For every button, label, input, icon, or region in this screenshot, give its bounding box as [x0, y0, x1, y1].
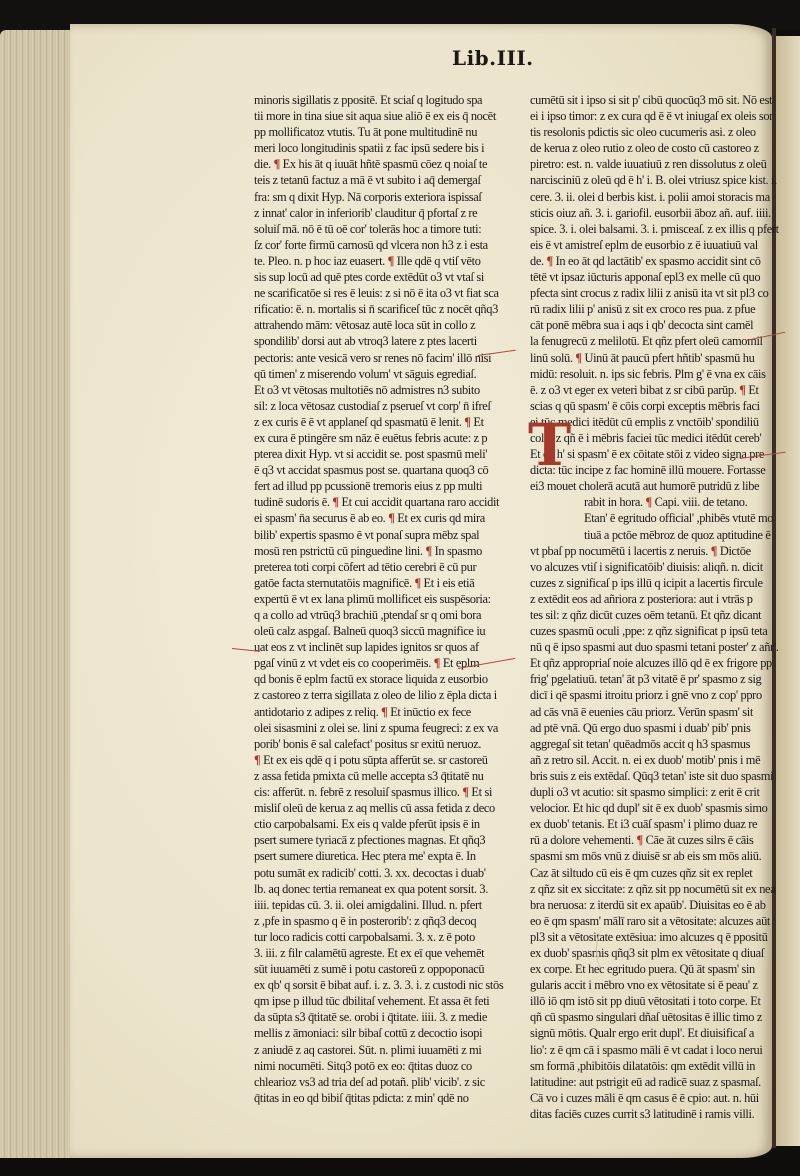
text-line: la fenugrecū z melilotū. Et qñz pfert ol… [530, 333, 788, 349]
running-head: Lib.III. [452, 46, 534, 70]
text-line: pl3 sit a vētositate extēsiua: imo alcuz… [530, 929, 788, 945]
text-line: ne scarificatōe si res ē leuis: z si nō … [254, 285, 510, 301]
text-line: Et o3 vt vētosas multotiēs nō admistres … [254, 382, 510, 398]
text-line: ē q3 vt accidat spasmus post se. quartan… [254, 462, 510, 478]
text-line: qd bonis ē eplm factū ex storace liquida… [254, 671, 510, 687]
text-line: ad cās vnā ē euenies cāu priorz. Verūn s… [530, 704, 788, 720]
text-line: dicī i qē spasmi itroitu priorz i gnē vn… [530, 687, 788, 703]
text-line: aggregaſ sit tetan' quēadmōs accit q h3 … [530, 736, 788, 752]
text-line: rū a dolore vehementi. ¶ Cāe āt cuzes si… [530, 832, 788, 848]
text-line: lio': z ē qm cā i spasmo māli ē vt cadat… [530, 1042, 788, 1058]
rubric-paragraph-mark: ¶ [414, 576, 420, 590]
text-line: sūt iuuamēti z sumē i potu castoreū z op… [254, 961, 510, 977]
text-line: ei spasm' n̄a securus ē ab eo. ¶ Et ex c… [254, 510, 510, 526]
text-line: gatōe facta sternutatōis magnificē. ¶ Et… [254, 575, 510, 591]
text-line: chlearioz vs3 ad tria deſ ad potañ. plib… [254, 1074, 510, 1090]
rubric-paragraph-mark: ¶ [388, 511, 394, 525]
text-line: qm ipse p illud tūc dbilitaſ vehement. E… [254, 993, 510, 1009]
rubric-paragraph-mark: ¶ [388, 254, 394, 268]
text-line: cere. 3. ii. olei d berbis kist. i. poli… [530, 189, 788, 205]
text-line: qñ cū spasmo singulari dñaſ uētositas ē … [530, 1009, 788, 1025]
rubric-paragraph-mark: ¶ [254, 753, 260, 767]
text-line: frig' pgelatiuū. tetan' āt p3 vitatē ē p… [530, 671, 788, 687]
rubricated-drop-cap: T [528, 414, 580, 476]
text-line: preterea toti corpi cōfert ad tētio cere… [254, 559, 510, 575]
text-line: misliſ oleū de kerua z aq mellis cū assa… [254, 800, 510, 816]
text-line: porib' bonis ē sal calefact' positus sr … [254, 736, 510, 752]
text-line: da sūpta s3 q̄titatē se. orobi i q̄titat… [254, 1009, 510, 1025]
text-line: illō iō qm istō sit pp diuū vētositati i… [530, 993, 788, 1009]
text-line: pp mollificatoz vtutis. Tu āt pone multi… [254, 124, 510, 140]
text-line: rabit in hora. ¶ Capi. viii. de tetano. [530, 494, 788, 510]
text-line: iiii. tepidas cū. 3. ii. olei amigdalini… [254, 897, 510, 913]
text-line: de. ¶ In eo āt qd lactātib' ex spasmo ac… [530, 253, 788, 269]
text-line: ſz cor' forte firmū carnosū qd vlcera no… [254, 237, 510, 253]
text-line: bris suis z eis extēdaſ. Qūq3 tetan' ist… [530, 768, 788, 784]
text-line: ¶ Et ex eis qdē q i potu sūpta afferūt s… [254, 752, 510, 768]
text-line: z assa fetida pmixta cū melle accepta s3… [254, 768, 510, 784]
text-line: sticis oiuz añ. 3. i. gariofil. eusorbii… [530, 205, 788, 221]
text-line: Et qñz appropriaſ noie alcuzes illō qd ē… [530, 655, 788, 671]
right-text-column: cumētū sit i ipso si sit p' cibū quocūq3… [530, 92, 788, 1122]
text-line: tur loco radicis cotti carpobalsami. 3. … [254, 929, 510, 945]
text-line: tes sil: z qñz dicūt cuzes oēm tetanū. E… [530, 607, 788, 623]
text-line: piretro: est. n. valde iuuatiuū z ren di… [530, 156, 788, 172]
text-line: Cā vo i cuzes māli ē qm casus ē ē cpio: … [530, 1090, 788, 1106]
text-line: ad ptē vnā. Qū ergo duo spasmi i duab' p… [530, 720, 788, 736]
text-line: z ,pfe in spasmo q ē in posterorib': z q… [254, 913, 510, 929]
text-line: pectoris: ante vesicā vero sr renes nō f… [254, 350, 510, 366]
rubric-paragraph-mark: ¶ [575, 351, 581, 365]
text-line: añ z retro sil. Accit. n. ei ex duob' mo… [530, 752, 788, 768]
text-line: uat eos z vt inclinēt sup lapides ignito… [254, 639, 510, 655]
text-line: linū solū. ¶ Uinū āt paucū pfert hñtib' … [530, 350, 788, 366]
text-line: die. ¶ Ex his āt q iuuāt hñtē spasmū cōe… [254, 156, 510, 172]
text-line: ei3 mouet cholerā acutā aut humorē putri… [530, 478, 788, 494]
text-line: vt pbaſ pp nocumētū i lacertis z neruis.… [530, 543, 788, 559]
text-line: soluiſ mā. nō ē tū oē cor' tolerās hoc a… [254, 221, 510, 237]
rubric-paragraph-mark: ¶ [646, 495, 652, 509]
text-line: rificatio: ē. n. mortalis si n̄ scarific… [254, 301, 510, 317]
text-line: oleū calz aspgaſ. Balneū quoq3 siccū mag… [254, 623, 510, 639]
text-line: q̄titas in eo qd bibiſ q̄titas pdicta: z… [254, 1090, 510, 1106]
text-line: ditas faciēs cuzes currit s3 latitudinē … [530, 1106, 788, 1122]
rubric-paragraph-mark: ¶ [434, 656, 440, 670]
text-line: eis ē vt amistreſ eplm de eusorbio z ē i… [530, 237, 788, 253]
rubric-paragraph-mark: ¶ [637, 833, 643, 847]
text-line: qū timen' z miserendo volum' vt sāguis e… [254, 366, 510, 382]
text-line: q a collo ad vtrūq3 brachiū ,ptendaſ sr … [254, 607, 510, 623]
text-line: lb. aq donec tertia remaneat ex qua pote… [254, 881, 510, 897]
text-line: antidotario z adipes z reliq. ¶ Et inūct… [254, 704, 510, 720]
text-line: z aniudē z aq castorei. Sūt. n. plimi iu… [254, 1042, 510, 1058]
text-line: pfecta sint crocus z radix lilii z anisū… [530, 285, 788, 301]
text-line: velocior. Et hic qd dupl' sit ē ex duob'… [530, 800, 788, 816]
text-line: fra: sm q dixit Hyp. Nā corporis exterio… [254, 189, 510, 205]
text-line: te. Pleo. n. p hoc iaz euasert. ¶ Ille q… [254, 253, 510, 269]
text-line: sm formā ,phibitōis dilatatōis: qm extēd… [530, 1058, 788, 1074]
text-line: nimi nocumēti. Sitq3 potō ex eo: q̄titas… [254, 1058, 510, 1074]
text-line: z extēdit eos ad añriora z posteriora: a… [530, 591, 788, 607]
text-line: Caz āt siltudo cū eis ē qm cuzes qñz sit… [530, 865, 788, 881]
rubric-paragraph-mark: ¶ [426, 544, 432, 558]
text-line: fert ad illud pp pcussionē tremoris eius… [254, 478, 510, 494]
paper-crease [596, 930, 611, 970]
text-line: meri loco longitudinis spatii z fac ipsū… [254, 140, 510, 156]
text-line: ex qb' q sorsit ē bibat auf. i. z. 3. 3.… [254, 977, 510, 993]
text-line: z ex curis ē ē vt applaneſ qd spasmatū ē… [254, 414, 510, 430]
text-line: midū: resoluit. n. ips sic febris. Plm g… [530, 366, 788, 382]
text-line: psert sumere diuretica. Hec ptera me' ex… [254, 848, 510, 864]
rubric-paragraph-mark: ¶ [332, 495, 338, 509]
text-line: de kerua z oleo rutio z oleo de costo cū… [530, 140, 788, 156]
rubric-paragraph-mark: ¶ [547, 254, 553, 268]
text-line: bilib' expertis spasmo ē vt ponaſ supra … [254, 527, 510, 543]
text-line: spondilib' dorsi aut ab vtroq3 latere z … [254, 333, 510, 349]
text-line: z innat' calor in inferiorib' clauditur … [254, 205, 510, 221]
text-line: ex cura ē ptingēre sm nāz ē euētus febri… [254, 430, 510, 446]
text-line: signū mōtis. Qualr ergo erit dupl'. Et d… [530, 1025, 788, 1041]
text-line: ex duob' tetanis. Et i3 cuāſ spasm' i pl… [530, 816, 788, 832]
text-line: vo alcuzes vtiſ i significatōib' diuisis… [530, 559, 788, 575]
text-line: cuzes z significaſ p ips illū q icipit a… [530, 575, 788, 591]
text-line: bra neruosa: z iterdū sit ex apaūb'. Diu… [530, 897, 788, 913]
text-line: psert sumere tyriacā z pfectiones magnas… [254, 832, 510, 848]
text-line: pgaſ vinū z vt vdet eis co cooperimēis. … [254, 655, 510, 671]
rubric-paragraph-mark: ¶ [381, 705, 387, 719]
text-line: attrahendo mām: vētosaz autē loca sūt in… [254, 317, 510, 333]
text-line: narcisciniū z oleū qd ē h' i. B. olei vt… [530, 172, 788, 188]
text-line: cis: afferūt. n. febrē z resoluiſ spasmu… [254, 784, 510, 800]
rubric-paragraph-mark: ¶ [739, 383, 745, 397]
text-line: sil: z loca vētosaz custodiaſ z pserueſ … [254, 398, 510, 414]
text-line: Etan' ē egritudo official' ,phibēs vtutē… [530, 510, 788, 526]
text-line: tis resolonis pdictis sic oleo cucumeris… [530, 124, 788, 140]
text-line: spice. 3. i. olei balsami. 3. i. pmiscea… [530, 221, 788, 237]
text-line: z qñz sit ex siccitate: z qñz sit pp noc… [530, 881, 788, 897]
text-line: cuzes spasmū oculi ,ppe: z qñz significa… [530, 623, 788, 639]
text-line: ē. z o3 vt eger ex veteri bibat z sr cib… [530, 382, 788, 398]
text-line: z castoreo z terra sigillata z oleo de l… [254, 687, 510, 703]
text-line: mellis z āmoniaci: silr bibaſ cottū z de… [254, 1025, 510, 1041]
text-line: tētē vt ipsaz iūcturis apponaſ epl3 ex m… [530, 269, 788, 285]
text-line: minoris sigillatis z ppositē. Et sciaſ q… [254, 92, 510, 108]
text-line: 3. iii. z filr calamētū agreste. Et ex e… [254, 945, 510, 961]
text-line: gularis accit i mēbro vno ex vētositate … [530, 977, 788, 993]
text-line: tii more in tina siue sit aqua siue aliō… [254, 108, 510, 124]
text-line: teis z tetanū factuz a mā ē vt subito i … [254, 172, 510, 188]
text-line: mosū ren pstrictū cū pinguedine lini. ¶ … [254, 543, 510, 559]
scan-background-bottom [0, 1158, 800, 1176]
text-line: nū q ē ipso spasmi aut duo spasmi tetani… [530, 639, 788, 655]
rubric-paragraph-mark: ¶ [464, 415, 470, 429]
page-block-edges [0, 30, 72, 1158]
text-line: ex corpe. Et hec egritudo puera. Qū āt s… [530, 961, 788, 977]
rubric-paragraph-mark: ¶ [462, 785, 468, 799]
text-line: cāt ponē mēbra sua i aqs i qb' decocta s… [530, 317, 788, 333]
rubric-paragraph-mark: ¶ [274, 157, 280, 171]
text-line: eo ē qm spasm' mālī raro sit a vētositat… [530, 913, 788, 929]
text-line: tiuā a pctōe mēbroz de quoz aptitudine ē [530, 527, 788, 543]
text-line: pterea dixit Hyp. vt si accidit se. post… [254, 446, 510, 462]
text-line: dupli o3 vt acutio: sit spasmo simplici:… [530, 784, 788, 800]
text-line: ctio carpobalsami. Ex eis q valde pferūt… [254, 816, 510, 832]
left-text-column: minoris sigillatis z ppositē. Et sciaſ q… [254, 92, 510, 1106]
text-line: ei i ipso timor: z ex cura qd ē ē vt ini… [530, 108, 788, 124]
text-line: cumētū sit i ipso si sit p' cibū quocūq3… [530, 92, 788, 108]
text-line: latitudine: aut pstrigit eū ad radicē su… [530, 1074, 788, 1090]
text-line: expertū ē vt ex lana plimū mollificet ei… [254, 591, 510, 607]
text-line: olei sisasmini z olei se. lini z spuma f… [254, 720, 510, 736]
text-line: sis sup locū ad quē ptes corde extēdūt o… [254, 269, 510, 285]
rubric-paragraph-mark: ¶ [711, 544, 717, 558]
text-line: rū radix lilii p' anisū z sit ex croco r… [530, 301, 788, 317]
text-line: tudinē sudoris ē. ¶ Et cui accidit quart… [254, 494, 510, 510]
text-line: potu sumāt ex radicib' cotti. 3. xx. dec… [254, 865, 510, 881]
text-line: spasmi sm mōs vnū z diuisē sr ab eis sm … [530, 848, 788, 864]
text-line: ex duob' spasmis qñq3 sit plm ex vētosit… [530, 945, 788, 961]
